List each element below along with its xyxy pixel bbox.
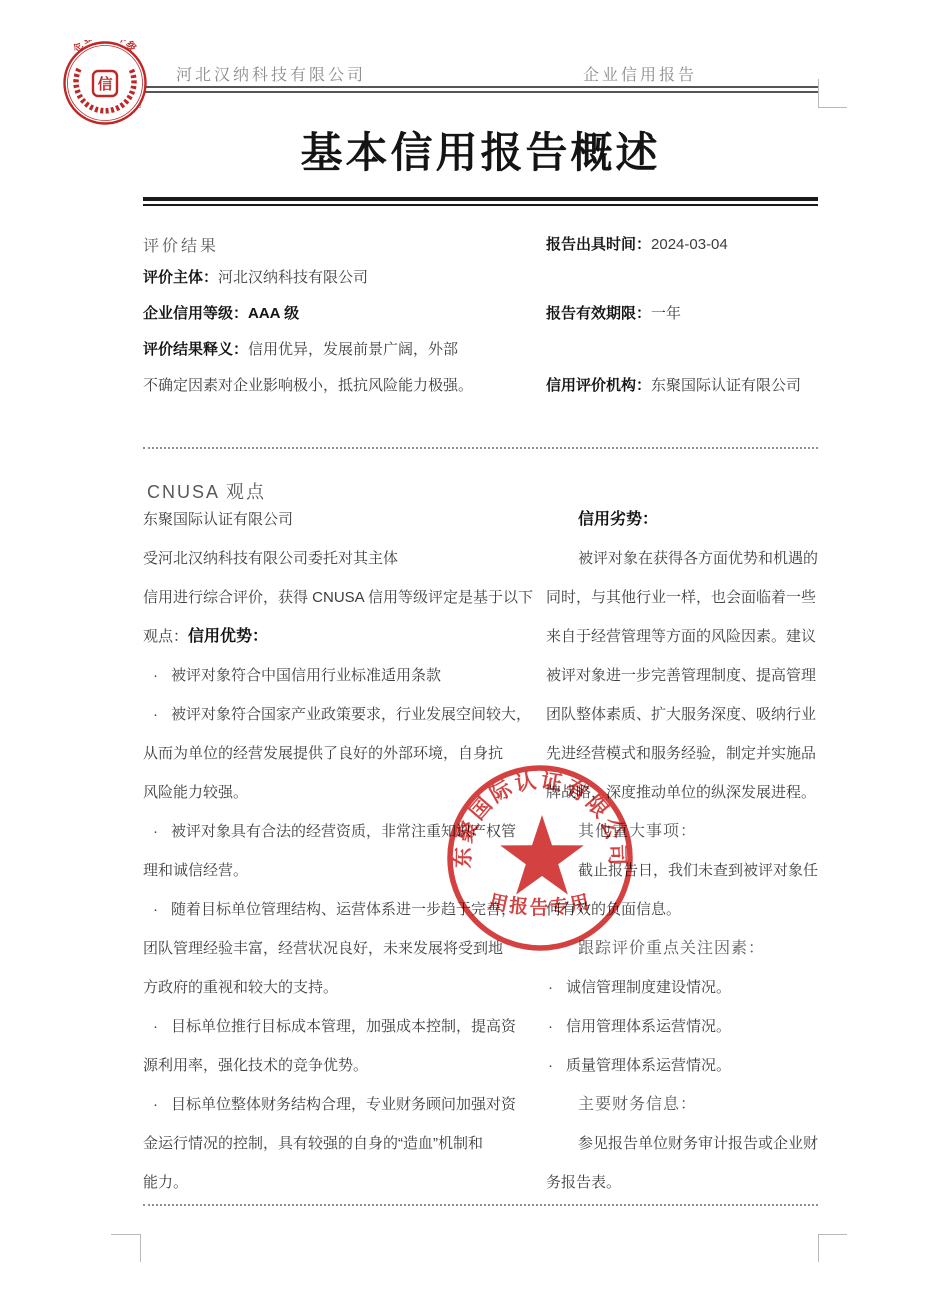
field-label: 报告出具时间： — [546, 236, 651, 253]
text-line: ·目标单位整体财务结构合理，专业财务顾问加强对资 — [143, 1085, 535, 1124]
header-doc-type: 企业信用报告 — [583, 62, 697, 85]
bullet-icon: · — [548, 1046, 553, 1085]
field-value: 信用优异，发展前景广阔，外部 — [248, 341, 458, 358]
stamp-star-icon — [500, 815, 584, 895]
bullet-text: 被评对象符合国家产业政策要求，行业发展空间较大， — [171, 706, 531, 723]
field-label: 报告有效期限： — [546, 305, 651, 322]
text-line: ·信用管理体系运营情况。 — [546, 1007, 831, 1046]
eval-row: 报告出具时间：2024-03-04 — [546, 233, 728, 254]
text-line: 主要财务信息： — [546, 1085, 831, 1124]
field-value: 不确定因素对企业影响极小，抵抗风险能力极强。 — [143, 377, 473, 394]
text-line: 被评对象在获得各方面优势和机遇的 — [546, 539, 831, 578]
text-line: 信用进行综合评价，获得 CNUSA 信用等级评定是基于以下 — [143, 578, 535, 617]
bullet-text: 信用管理体系运营情况。 — [566, 1018, 731, 1035]
credit-rating-logo-icon: 企业信用评级 信 — [62, 40, 148, 126]
title-thick-rule — [143, 197, 818, 206]
text-line: 方政府的重视和较大的支持。 — [143, 968, 535, 1007]
field-label: 信用评价机构： — [546, 377, 651, 394]
bullet-text: 目标单位整体财务结构合理，专业财务顾问加强对资 — [171, 1096, 516, 1113]
field-value: AAA 级 — [248, 305, 299, 322]
text-line: 源利用率，强化技术的竞争优势。 — [143, 1046, 535, 1085]
text-line: 来自于经营管理等方面的风险因素。建议 — [546, 617, 831, 656]
crop-mark-bottom-right-h — [818, 1234, 847, 1235]
text-line: 受河北汉纳科技有限公司委托对其主体 — [143, 539, 535, 578]
bullet-icon: · — [153, 1007, 158, 1046]
bullet-icon: · — [153, 656, 158, 695]
text-line: 东聚国际认证有限公司 — [143, 500, 535, 539]
text-line: 能力。 — [143, 1163, 535, 1202]
bullet-icon: · — [153, 812, 158, 851]
text-line: ·被评对象符合中国信用行业标准适用条款 — [143, 656, 535, 695]
eval-row: 信用评价机构：东聚国际认证有限公司 — [546, 374, 801, 395]
report-page: 河北汉纳科技有限公司 企业信用报告 企业信用评级 信 基本信用报告概述 评价结果… — [0, 0, 951, 1290]
text-line: 信用劣势： — [546, 500, 831, 539]
certification-stamp: 东聚国际认证有限公司 信用报告专用章 — [444, 762, 636, 954]
text-line: 务报告表。 — [546, 1163, 831, 1202]
bullet-icon: · — [548, 968, 553, 1007]
crop-mark-bottom-left-h — [111, 1234, 140, 1235]
bullet-icon: · — [153, 890, 158, 929]
eval-row: 评价主体：河北汉纳科技有限公司 — [143, 266, 368, 287]
bullet-icon: · — [153, 695, 158, 734]
text-line: ·诚信管理制度建设情况。 — [546, 968, 831, 1007]
dotted-separator-bottom — [143, 1204, 818, 1206]
bullet-icon: · — [548, 1007, 553, 1046]
crop-mark-bottom-left-v — [140, 1234, 141, 1262]
bullet-text: 目标单位推行目标成本管理，加强成本控制，提高资 — [171, 1018, 516, 1035]
bullet-text: 诚信管理制度建设情况。 — [566, 979, 731, 996]
crop-mark-top-right-v — [818, 79, 819, 108]
text-line: 团队整体素质、扩大服务深度、吸纳行业 — [546, 695, 831, 734]
crop-mark-bottom-right-v — [818, 1234, 819, 1262]
bullet-text: 质量管理体系运营情况。 — [566, 1057, 731, 1074]
field-value: 2024-03-04 — [651, 236, 728, 253]
eval-row: 不确定因素对企业影响极小，抵抗风险能力极强。 — [143, 374, 473, 395]
inline-bold-heading: 信用优势： — [188, 628, 268, 645]
text-line: ·质量管理体系运营情况。 — [546, 1046, 831, 1085]
bullet-icon: · — [153, 1085, 158, 1124]
page-title: 基本信用报告概述 — [143, 120, 818, 180]
field-label: 评价主体： — [143, 269, 218, 286]
text-line: ·被评对象符合国家产业政策要求，行业发展空间较大， — [143, 695, 535, 734]
header-double-rule — [116, 86, 818, 93]
field-value: 一年 — [651, 305, 681, 322]
section-title-evaluation: 评价结果 — [143, 233, 219, 256]
field-label: 评价结果释义： — [143, 341, 248, 358]
line-text: 观点： — [143, 628, 188, 645]
eval-row: 评价结果释义：信用优异，发展前景广阔，外部 — [143, 338, 458, 359]
dotted-separator-top — [143, 447, 818, 449]
text-line: ·目标单位推行目标成本管理，加强成本控制，提高资 — [143, 1007, 535, 1046]
text-line: 金运行情况的控制，具有较强的自身的“造血”机制和 — [143, 1124, 535, 1163]
eval-row: 报告有效期限：一年 — [546, 302, 681, 323]
logo-center-glyph: 信 — [97, 75, 112, 93]
text-line: 被评对象进一步完善管理制度、提高管理 — [546, 656, 831, 695]
header-company-name: 河北汉纳科技有限公司 — [176, 62, 366, 85]
crop-mark-top-right-h — [818, 107, 847, 108]
text-line: 参见报告单位财务审计报告或企业财 — [546, 1124, 831, 1163]
eval-row: 企业信用等级：AAA 级 — [143, 302, 299, 323]
field-value: 河北汉纳科技有限公司 — [218, 269, 368, 286]
field-label: 企业信用等级： — [143, 305, 248, 322]
field-value: 东聚国际认证有限公司 — [651, 377, 801, 394]
text-line: 观点：信用优势： — [143, 617, 535, 656]
bullet-text: 被评对象符合中国信用行业标准适用条款 — [171, 667, 441, 684]
text-line: 同时，与其他行业一样，也会面临着一些 — [546, 578, 831, 617]
